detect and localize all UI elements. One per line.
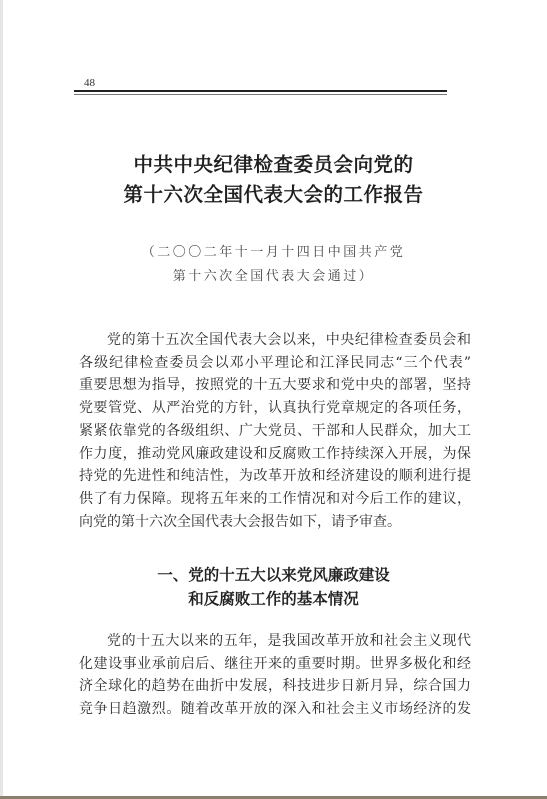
paragraph-line: 紧紧依靠党的各级组织、广大党员、干部和人民群众，加大工 [79, 420, 471, 443]
page-number: 48 [84, 77, 95, 89]
paragraph-line: 济全球化的趋势在曲折中发展，科技进步日新月异，综合国力 [79, 675, 471, 698]
section-heading-line-1: 一、党的十五大以来党风廉政建设 [0, 563, 547, 585]
paragraph-line: 作力度，推动党风廉政建设和反腐败工作持续深入开展，为保 [79, 443, 471, 466]
intro-paragraph: 党的第十五次全国代表大会以来，中央纪律检查委员会和 各级纪律检查委员会以邓小平理… [79, 329, 471, 533]
document-title-line-2: 第十六次全国代表大会的工作报告 [0, 179, 547, 207]
page-left-edge [0, 0, 3, 799]
document-title-line-1: 中共中央纪律检查委员会向党的 [0, 149, 547, 177]
header-rule-thick [74, 90, 447, 92]
paragraph-line: 供了有力保障。现将五年来的工作情况和对今后工作的建议， [79, 488, 471, 511]
paragraph-line: 化建设事业承前启后、继往开来的重要时期。世界多极化和经 [79, 653, 471, 676]
paragraph-line: 重要思想为指导，按照党的十五大要求和党中央的部署，坚持 [79, 374, 471, 397]
section-paragraph: 党的十五大以来的五年，是我国改革开放和社会主义现代 化建设事业承前启后、继往开来… [79, 630, 471, 721]
paragraph-line: 党的十五大以来的五年，是我国改革开放和社会主义现代 [79, 630, 471, 653]
paragraph-line: 竞争日趋激烈。随着改革开放的深入和社会主义市场经济的发 [79, 698, 471, 721]
section-heading-line-2: 和反腐败工作的基本情况 [0, 587, 547, 609]
paragraph-line: 各级纪律检查委员会以邓小平理论和江泽民同志“三个代表” [79, 352, 471, 375]
paragraph-line: 向党的第十六次全国代表大会报告如下，请予审查。 [79, 511, 471, 534]
paragraph-line: 党要管党、从严治党的方针，认真执行党章规定的各项任务， [79, 397, 471, 420]
paragraph-line: 持党的先进性和纯洁性，为改革开放和经济建设的顺利进行提 [79, 465, 471, 488]
document-subtitle-line-1: （二〇〇二年十一月十四日中国共产党 [0, 241, 547, 260]
header-rule-thin [74, 94, 447, 95]
paragraph-line: 党的第十五次全国代表大会以来，中央纪律检查委员会和 [79, 329, 471, 352]
document-subtitle-line-2: 第十六次全国代表大会通过） [0, 265, 547, 284]
